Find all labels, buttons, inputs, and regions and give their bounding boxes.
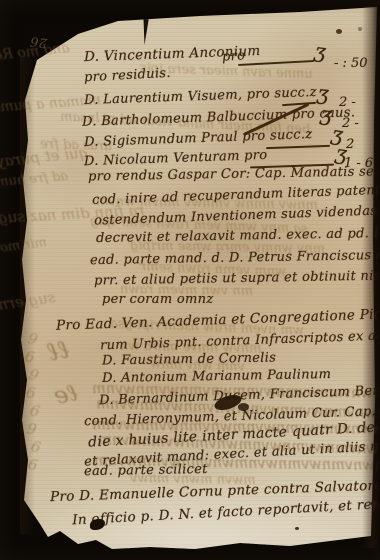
ledger-amount: 2 - (342, 116, 359, 131)
ledger-entry-pro: pro (222, 48, 246, 65)
ink-smudge (238, 403, 249, 411)
manuscript-scan: 26 and mo Re maman a puma qui et puray a… (0, 0, 380, 560)
academy-line: ead. parte scilicet (84, 462, 208, 479)
ink-dot (295, 527, 299, 530)
register-line: per coram omnz (102, 292, 213, 307)
ink-dot (336, 29, 342, 34)
folio-number: 26 (29, 33, 48, 50)
left-edge-shadow (20, 56, 35, 534)
binding-gutter-shadow (362, 6, 380, 548)
academy-line: D. Faustinum de Cornelis (102, 350, 276, 368)
